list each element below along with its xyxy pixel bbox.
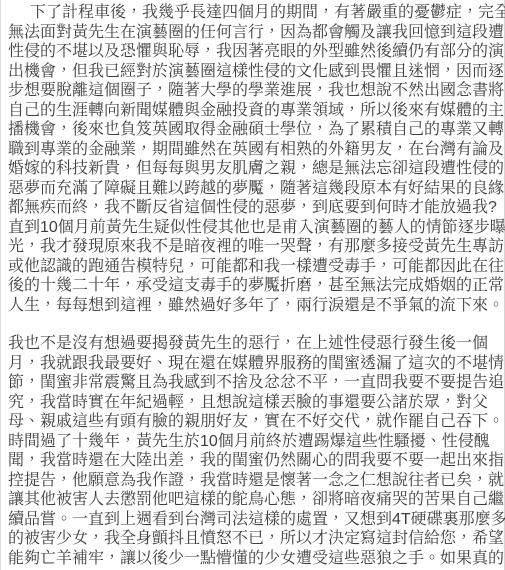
text-line: 直到10個月前黃先生疑似性侵其他也是甫入演藝圈的藝人的情節逐步曝 xyxy=(8,218,500,238)
text-line: 惡夢而充滿了障礙且難以跨越的夢魘，隨著這幾段原本有好結果的良緣 xyxy=(8,179,500,199)
text-line: 人生，每每想到這裡，雖然過好多年了，兩行淚還是不爭氣的流下來。 xyxy=(8,296,500,316)
text-line: 讓其他被害人去懲罰他吧這樣的鴕鳥心態，卻將暗夜痛哭的苦果自己繼 xyxy=(8,490,500,510)
text-line: 我也不是沒有想過要揭發黃先生的惡行，在上述性侵惡行發生後一個 xyxy=(8,334,500,354)
text-line: 後的十幾二十年，承受這支毒手的夢魘折磨，甚至無法完成婚姻的正常 xyxy=(8,276,500,296)
text-line: 性侵的不堪以及恐懼與恥辱，我因著亮眼的外型雖然後續仍有部分的演 xyxy=(8,42,500,62)
text-line: 母、親戚這些有頭有臉的親朋好友，實在不好交代，就作罷自己吞下。 xyxy=(8,412,500,432)
text-line: 或他認識的跑通告模特兒，可能都和我一樣遭受毒手，可能都因此在往 xyxy=(8,257,500,277)
paragraph-1: 下了計程車後，我幾乎長達四個月的期間，有著嚴重的憂鬱症，完全無法面對黃先生在演藝… xyxy=(8,3,500,315)
text-line: 婚嫁的科技新貴，但每每與男友肌膚之親，總是無法忘卻這段遭性侵的 xyxy=(8,159,500,179)
text-line: 出機會，但我已經對於演藝圈這樣性侵的文化感到畏懼且迷惘，因而逐 xyxy=(8,62,500,82)
text-line: 播機會，後來也負笈英國取得金融碩士學位，為了累積自己的專業又轉 xyxy=(8,120,500,140)
text-line: 的被害少女，我全身顫抖且憤怒不已，所以才決定寫這封信給您，希望 xyxy=(8,529,500,549)
document-page: 下了計程車後，我幾乎長達四個月的期間，有著嚴重的憂鬱症，完全無法面對黃先生在演藝… xyxy=(0,0,505,570)
text-line: 控提告，他願意為我作證，我當時還是懷著一念之仁想說往者已矣，就 xyxy=(8,471,500,491)
text-line: 節，閨蜜非常震驚且為我感到不捨及忿忿不平，一直問我要不要提告追 xyxy=(8,373,500,393)
text-line: 時間過了十幾年，黃先生於10個月前終於遭踢爆這些性騷擾、性侵醜 xyxy=(8,432,500,452)
text-line: 無法面對黃先生在演藝圈的任何言行，因為都會觸及讓我回憶到這段遭 xyxy=(8,23,500,43)
text-line: 光，我才發現原來我不是暗夜裡的唯一哭聲，有那麼多接受黃先生專訪 xyxy=(8,237,500,257)
text-line: 究，我當時實在年紀過輕，且想說這樣丟臉的事還要公諸於眾，對父 xyxy=(8,393,500,413)
text-line: 月，我就跟我最要好、現在還在媒體界服務的閨蜜透漏了這次的不堪情 xyxy=(8,354,500,374)
text-line: 下了計程車後，我幾乎長達四個月的期間，有著嚴重的憂鬱症，完全 xyxy=(8,3,500,23)
text-line: 能夠亡羊補牢，讓以後少一點懵懂的少女遭受這些惡狼之手。如果真的 xyxy=(8,549,500,569)
paragraph-2: 我也不是沒有想過要揭發黃先生的惡行，在上述性侵惡行發生後一個月，我就跟我最要好、… xyxy=(8,334,500,568)
text-line: 自己的生涯轉向新聞媒體與金融投資的專業領域，所以後來有媒體的主 xyxy=(8,101,500,121)
text-line: 都無疾而終，我不斷反省這個性侵的惡夢，到底要到何時才能放過我? xyxy=(8,198,500,218)
text-line: 聞，我當時還在大陸出差，我的閨蜜仍然關心的問我要不要一起出來指 xyxy=(8,451,500,471)
text-line: 職到專業的金融業，期間雖然在英國有相熟的外籍男友，在台灣有論及 xyxy=(8,140,500,160)
text-line: 步想要脫離這個圈子，隨著大學的學業進展，我也想說不然出國念書將 xyxy=(8,81,500,101)
text-line: 續品嘗。一直到上週看到台灣司法這樣的處置，又想到4T硬碟裏那麼多 xyxy=(8,510,500,530)
